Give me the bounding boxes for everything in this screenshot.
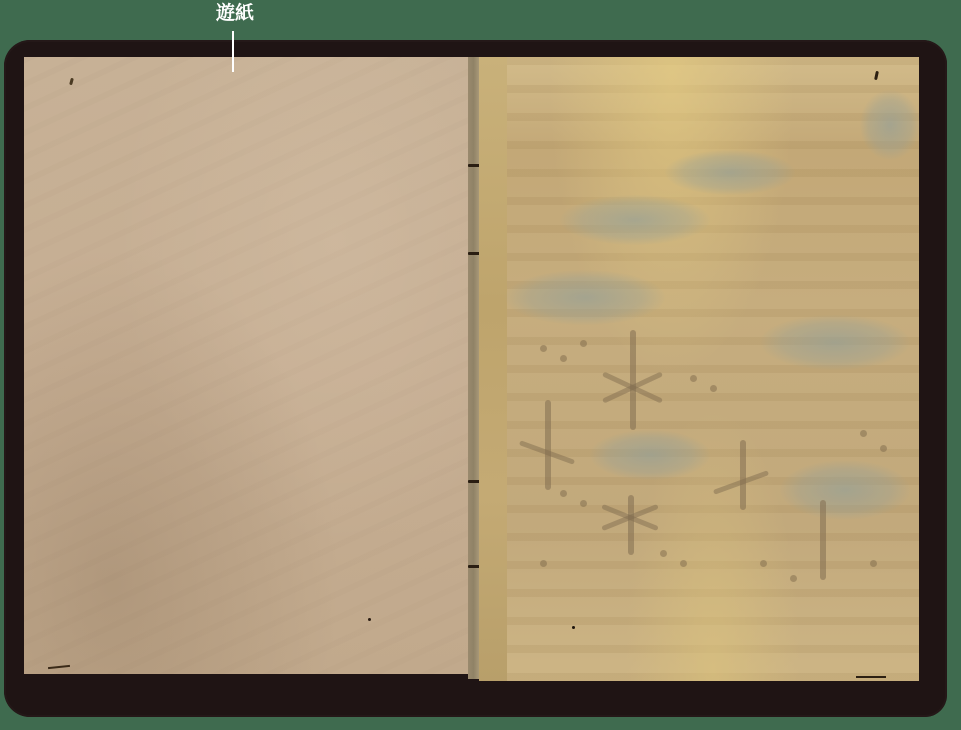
painted-flower-cluster [780, 460, 910, 520]
painted-stalk [630, 330, 636, 430]
label-pointer-line [232, 31, 234, 72]
painted-flower-cluster [590, 430, 710, 480]
painted-blossom [790, 575, 797, 582]
left-page-flyleaf [24, 57, 468, 674]
right-page-bottom-mark [856, 676, 886, 678]
left-page-spot [368, 618, 371, 621]
painted-blossom [860, 430, 867, 437]
painted-stalk [628, 495, 634, 555]
painted-blossom [560, 490, 567, 497]
painted-blossom [870, 560, 877, 567]
painted-blossom [760, 560, 767, 567]
painted-flower-cluster [560, 195, 710, 245]
painted-blossom [560, 355, 567, 362]
painted-flower-cluster [665, 150, 795, 195]
painted-blossom [710, 385, 717, 392]
painted-blossom [580, 340, 587, 347]
painted-flower-cluster [505, 270, 665, 325]
right-page-spot [572, 626, 575, 629]
book-spine [468, 57, 479, 679]
painted-stalk [740, 440, 746, 510]
painted-blossom [680, 560, 687, 567]
flyleaf-label: 遊紙 [210, 0, 260, 26]
painted-blossom [580, 500, 587, 507]
painted-blossom [540, 345, 547, 352]
painted-stalk [820, 500, 826, 580]
painted-flower-cluster [760, 315, 910, 370]
painted-blossom [690, 375, 697, 382]
painted-flower-cluster [860, 90, 920, 160]
painted-stalk [545, 400, 551, 490]
painted-blossom [660, 550, 667, 557]
painted-blossom [880, 445, 887, 452]
cover-turn-in [479, 57, 508, 681]
painted-blossom [540, 560, 547, 567]
